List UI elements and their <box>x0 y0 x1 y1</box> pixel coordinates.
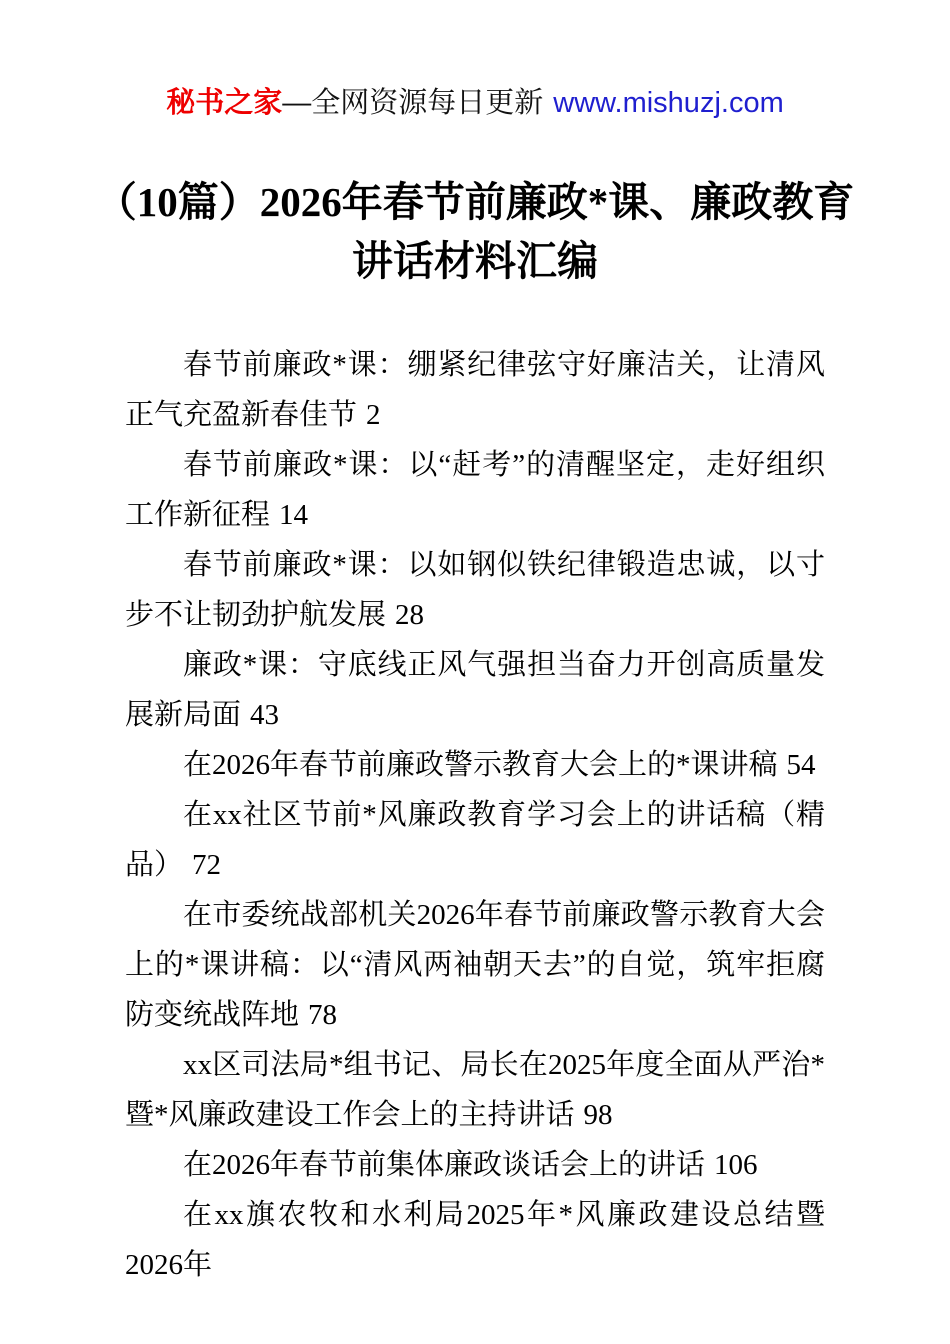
toc-entry-text: 在xx旗农牧和水利局2025年*风廉政建设总结暨2026年 <box>125 1199 825 1281</box>
toc-entry: 在xx社区节前*风廉政教育学习会上的讲话稿（精品）72 <box>125 790 825 890</box>
toc-entry: 廉政*课：守底线正风气强担当奋力开创高质量发展新局面43 <box>125 640 825 740</box>
toc-entry-text: xx区司法局*组书记、局长在2025年度全面从严治*暨*风廉政建设工作会上的主持… <box>125 1049 825 1131</box>
table-of-contents: 春节前廉政*课：绷紧纪律弦守好廉洁关，让清风正气充盈新春佳节2 春节前廉政*课：… <box>125 340 825 1290</box>
toc-entry-page: 54 <box>787 749 816 781</box>
document-title: （10篇）2026年春节前廉政*课、廉政教育 讲话材料汇编 <box>60 173 890 292</box>
toc-entry: 春节前廉政*课：以如钢似铁纪律锻造忠诚，以寸步不让韧劲护航发展28 <box>125 540 825 640</box>
toc-entry-page: 2 <box>366 399 381 431</box>
document-title-line2: 讲话材料汇编 <box>60 232 890 291</box>
site-tagline: —全网资源每日更新 <box>282 87 543 119</box>
toc-entry-text: 在市委统战部机关2026年春节前廉政警示教育大会上的*课讲稿：以“清风两袖朝天去… <box>125 899 825 1031</box>
site-header: 秘书之家—全网资源每日更新www.mishuzj.com <box>0 0 950 121</box>
toc-entry-page: 43 <box>250 699 279 731</box>
site-url-link[interactable]: www.mishuzj.com <box>553 87 783 119</box>
site-brand: 秘书之家 <box>166 87 282 119</box>
toc-entry: 在2026年春节前廉政警示教育大会上的*课讲稿54 <box>125 740 825 790</box>
toc-entry-text: 廉政*课：守底线正风气强担当奋力开创高质量发展新局面 <box>125 649 825 731</box>
toc-entry-text: 在xx社区节前*风廉政教育学习会上的讲话稿（精品） <box>125 799 825 881</box>
toc-entry: 春节前廉政*课：绷紧纪律弦守好廉洁关，让清风正气充盈新春佳节2 <box>125 340 825 440</box>
toc-entry: xx区司法局*组书记、局长在2025年度全面从严治*暨*风廉政建设工作会上的主持… <box>125 1040 825 1140</box>
toc-entry: 在2026年春节前集体廉政谈话会上的讲话106 <box>125 1140 825 1190</box>
toc-entry: 在市委统战部机关2026年春节前廉政警示教育大会上的*课讲稿：以“清风两袖朝天去… <box>125 890 825 1040</box>
toc-entry-text: 在2026年春节前集体廉政谈话会上的讲话 <box>183 1149 705 1181</box>
toc-entry-page: 28 <box>395 599 424 631</box>
toc-entry-page: 14 <box>279 499 308 531</box>
toc-entry-page: 78 <box>308 999 337 1031</box>
toc-entry: 春节前廉政*课：以“赶考”的清醒坚定，走好组织工作新征程14 <box>125 440 825 540</box>
toc-entry-text: 春节前廉政*课：以“赶考”的清醒坚定，走好组织工作新征程 <box>125 449 825 531</box>
toc-entry-text: 在2026年春节前廉政警示教育大会上的*课讲稿 <box>183 749 778 781</box>
toc-entry-page: 72 <box>192 849 221 881</box>
document-title-line1: （10篇）2026年春节前廉政*课、廉政教育 <box>60 173 890 232</box>
toc-entry-page: 106 <box>714 1149 758 1181</box>
toc-entry-text: 春节前廉政*课：以如钢似铁纪律锻造忠诚，以寸步不让韧劲护航发展 <box>125 549 825 631</box>
toc-entry: 在xx旗农牧和水利局2025年*风廉政建设总结暨2026年 <box>125 1190 825 1290</box>
toc-entry-page: 98 <box>584 1099 613 1131</box>
document-page: 秘书之家—全网资源每日更新www.mishuzj.com （10篇）2026年春… <box>0 0 950 1344</box>
toc-entry-text: 春节前廉政*课：绷紧纪律弦守好廉洁关，让清风正气充盈新春佳节 <box>125 349 825 431</box>
